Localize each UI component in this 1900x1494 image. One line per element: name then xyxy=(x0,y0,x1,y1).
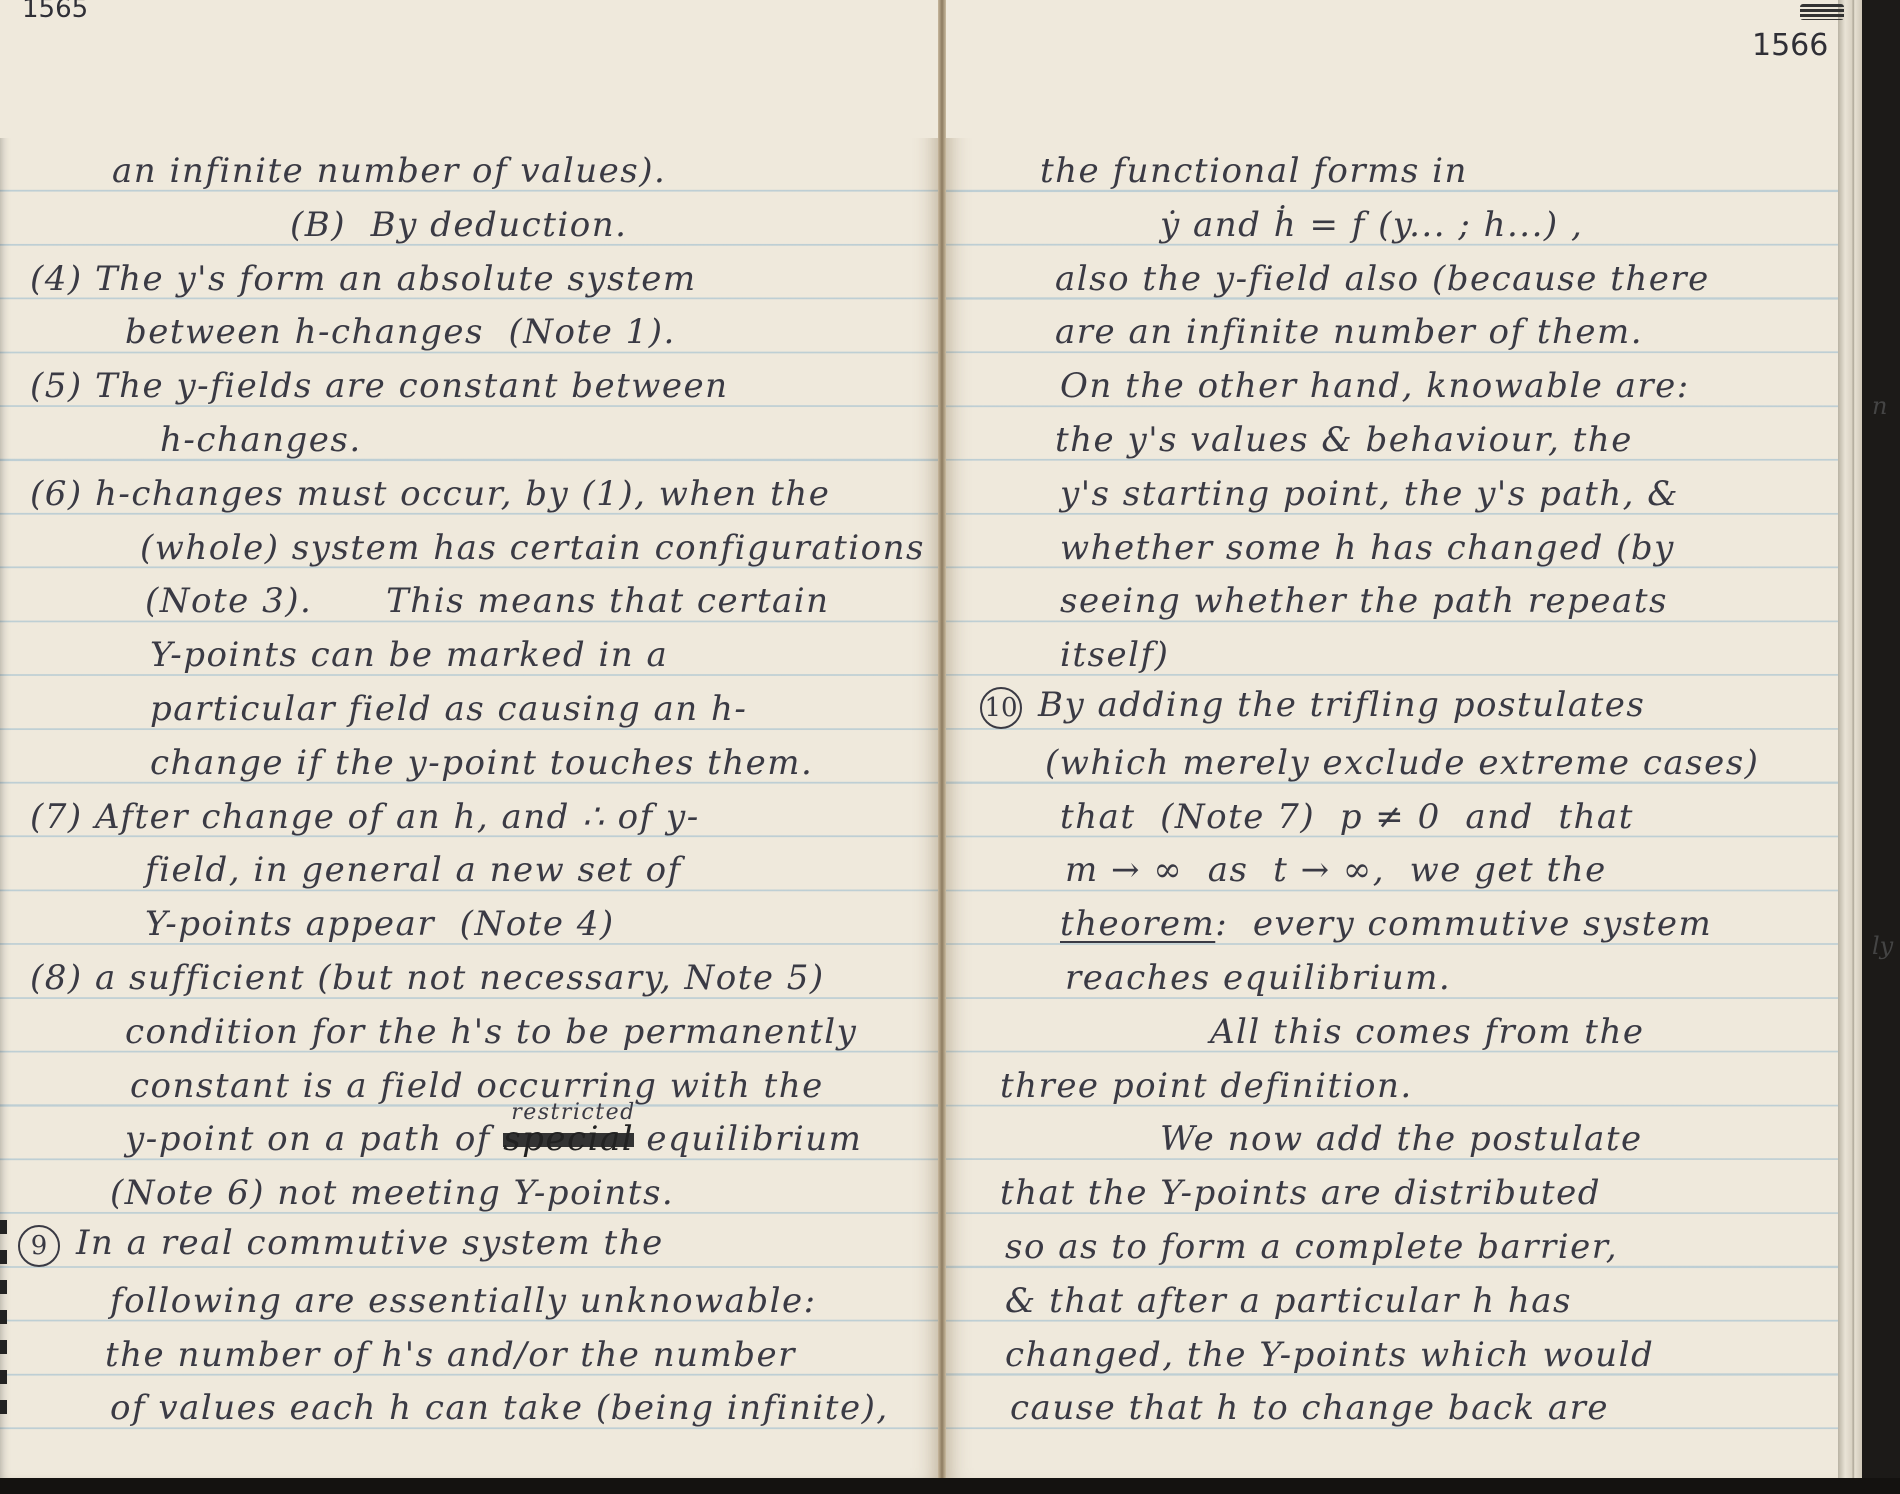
right-line-11: 10By adding the trifling postulates xyxy=(980,685,1645,729)
left-line-24: of values each h can take (being infinit… xyxy=(110,1388,889,1428)
left-line-14: field, in general a new set of xyxy=(145,850,682,890)
left-line-12: change if the y-point touches them. xyxy=(150,743,813,783)
background-edge xyxy=(0,1478,1900,1494)
right-line-4: are an infinite number of them. xyxy=(1055,312,1643,352)
inserted-word: restricted xyxy=(511,1093,635,1133)
left-line-16: (8) a sufficient (but not necessary, Not… xyxy=(30,958,825,998)
theorem-word: theorem xyxy=(1060,904,1215,944)
right-line-21: so as to form a complete barrier, xyxy=(1005,1227,1618,1267)
right-page-number: 1566 xyxy=(1752,28,1828,63)
circled-number-10: 10 xyxy=(980,687,1022,729)
left-line-22: following are essentially unknowable: xyxy=(110,1281,817,1321)
left-line-17: condition for the h's to be permanently xyxy=(125,1012,857,1052)
left-line-4: between h-changes (Note 1). xyxy=(125,312,676,352)
right-line-15: theorem: every commutive system xyxy=(1060,904,1712,944)
margin-note-ly: ly xyxy=(1872,932,1893,960)
right-line-17: All this comes from the xyxy=(1210,1012,1644,1052)
page-edge-stack xyxy=(1838,0,1862,1480)
right-line-23: changed, the Y-points which would xyxy=(1005,1335,1654,1375)
left-line-15: Y-points appear (Note 4) xyxy=(145,904,615,944)
right-line-13: that (Note 7) p ≠ 0 and that xyxy=(1060,797,1634,837)
left-line-10: Y-points can be marked in a xyxy=(150,635,668,675)
right-line-8: whether some h has changed (by xyxy=(1060,528,1675,568)
right-line-14: m → ∞ as t → ∞, we get the xyxy=(1065,850,1607,890)
left-line-2: (B) By deduction. xyxy=(290,205,627,245)
right-line-9: seeing whether the path repeats xyxy=(1060,581,1668,621)
right-line-2: ẏ and ḣ = f (y... ; h...) , xyxy=(1160,205,1583,245)
right-line-19: We now add the postulate xyxy=(1160,1119,1643,1159)
right-line-6: the y's values & behaviour, the xyxy=(1055,420,1633,460)
right-line-22: & that after a particular h has xyxy=(1005,1281,1572,1321)
right-line-3: also the y-field also (because there xyxy=(1055,259,1710,299)
left-line-8: (whole) system has certain configuration… xyxy=(140,528,925,568)
right-line-1: the functional forms in xyxy=(1040,151,1468,191)
left-line-1: an infinite number of values). xyxy=(112,151,666,191)
right-line-5: On the other hand, knowable are: xyxy=(1060,366,1690,406)
crossed-out-page-number xyxy=(1800,4,1844,20)
left-line-20: (Note 6) not meeting Y-points. xyxy=(110,1173,674,1213)
binding-holes xyxy=(0,1220,7,1430)
left-page-number: 1565 xyxy=(22,0,88,24)
correction: specialrestricted xyxy=(503,1119,634,1159)
right-line-18: three point definition. xyxy=(1000,1066,1413,1106)
right-line-24: cause that h to change back are xyxy=(1010,1388,1609,1428)
left-line-18: constant is a field occurring with the xyxy=(130,1066,824,1106)
right-line-16: reaches equilibrium. xyxy=(1065,958,1451,998)
left-line-5: (5) The y-fields are constant between xyxy=(30,366,729,406)
left-line-7: (6) h-changes must occur, by (1), when t… xyxy=(30,474,830,514)
left-line-9: (Note 3). This means that certain xyxy=(145,581,830,621)
right-line-10: itself) xyxy=(1060,635,1169,675)
circled-number-9: 9 xyxy=(18,1225,60,1267)
left-line-11: particular field as causing an h- xyxy=(150,689,747,729)
right-line-20: that the Y-points are distributed xyxy=(1000,1173,1601,1213)
margin-note-n: n xyxy=(1872,392,1887,420)
left-line-13: (7) After change of an h, and ∴ of y- xyxy=(30,797,700,837)
gutter xyxy=(938,0,946,1480)
left-line-3: (4) The y's form an absolute system xyxy=(30,259,697,299)
left-line-6: h-changes. xyxy=(160,420,362,460)
right-line-7: y's starting point, the y's path, & xyxy=(1060,474,1679,514)
left-line-19: y-point on a path of specialrestricted e… xyxy=(125,1119,862,1159)
right-line-12: (which merely exclude extreme cases) xyxy=(1045,743,1759,783)
left-line-23: the number of h's and/or the number xyxy=(105,1335,796,1375)
left-line-21: 9In a real commutive system the xyxy=(18,1223,664,1267)
